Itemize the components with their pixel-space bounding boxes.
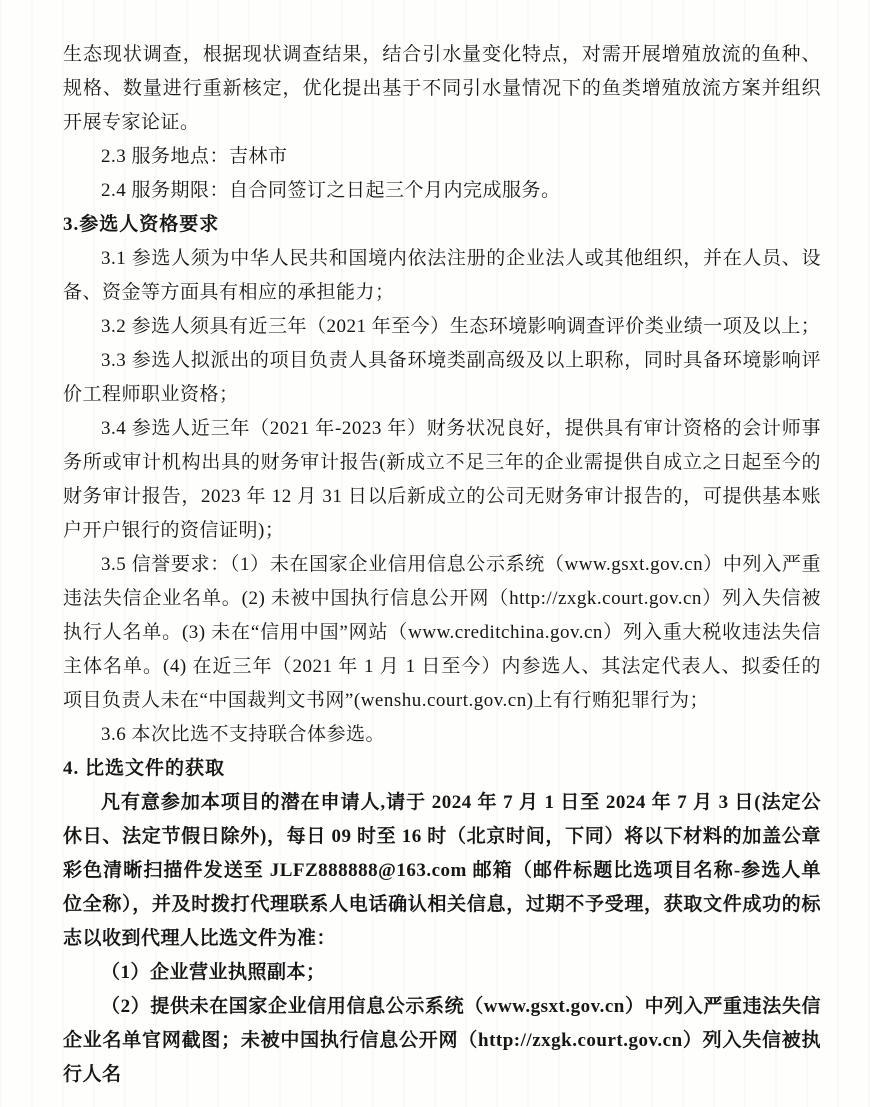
paragraph: 生态现状调查，根据现状调查结果，结合引水量变化特点，对需开展增殖放流的鱼种、规格… bbox=[63, 38, 821, 140]
section-heading: 4. 比选文件的获取 bbox=[63, 752, 821, 786]
paragraph: 凡有意参加本项目的潜在申请人,请于 2024 年 7 月 1 日至 2024 年… bbox=[63, 786, 821, 956]
paragraph: 3.2 参选人须具有近三年（2021 年至今）生态环境影响调查评价类业绩一项及以… bbox=[63, 310, 821, 344]
paragraph: （2）提供未在国家企业信用信息公示系统（www.gsxt.gov.cn）中列入严… bbox=[63, 990, 821, 1092]
paragraph: 3.5 信誉要求：（1）未在国家企业信用信息公示系统（www.gsxt.gov.… bbox=[63, 548, 821, 718]
document-page: 生态现状调查，根据现状调查结果，结合引水量变化特点，对需开展增殖放流的鱼种、规格… bbox=[0, 0, 870, 1107]
paragraph: 3.3 参选人拟派出的项目负责人具备环境类副高级及以上职称，同时具备环境影响评价… bbox=[63, 344, 821, 412]
paragraph: （1）企业营业执照副本； bbox=[63, 956, 821, 990]
paragraph: 3.1 参选人须为中华人民共和国境内依法注册的企业法人或其他组织，并在人员、设备… bbox=[63, 242, 821, 310]
paragraph: 2.3 服务地点：吉林市 bbox=[63, 140, 821, 174]
paragraph: 3.4 参选人近三年（2021 年-2023 年）财务状况良好，提供具有审计资格… bbox=[63, 412, 821, 548]
document-content: 生态现状调查，根据现状调查结果，结合引水量变化特点，对需开展增殖放流的鱼种、规格… bbox=[63, 38, 821, 1092]
section-heading: 3.参选人资格要求 bbox=[63, 208, 821, 242]
paragraph: 2.4 服务期限：自合同签订之日起三个月内完成服务。 bbox=[63, 174, 821, 208]
paragraph: 3.6 本次比选不支持联合体参选。 bbox=[63, 718, 821, 752]
